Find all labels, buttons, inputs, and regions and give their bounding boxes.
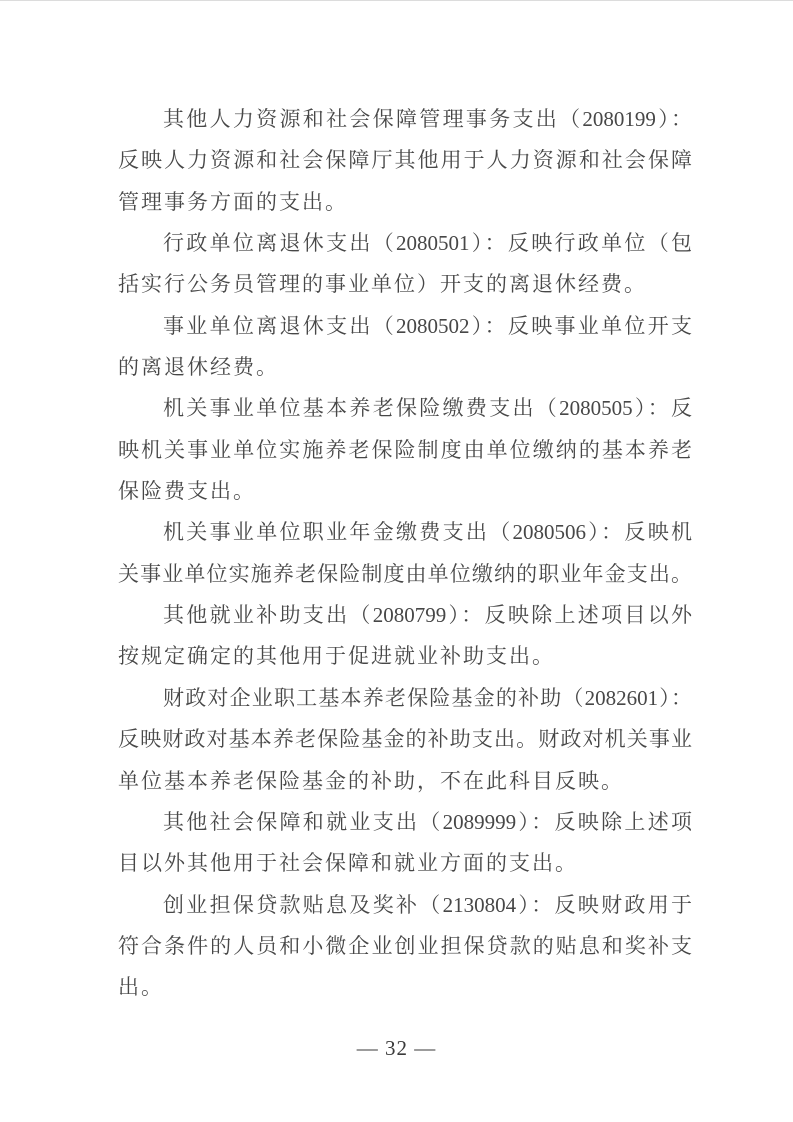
text-line: 其他人力资源和社会保障管理事务支出（2080199）： bbox=[118, 99, 692, 140]
text-line: 的离退休经费。 bbox=[118, 347, 692, 388]
document-body: 其他人力资源和社会保障管理事务支出（2080199）：反映人力资源和社会保障厅其… bbox=[118, 99, 692, 1009]
paragraph: 创业担保贷款贴息及奖补（2130804）：反映财政用于符合条件的人员和小微企业创… bbox=[118, 885, 692, 1009]
paragraph: 财政对企业职工基本养老保险基金的补助（2082601）：反映财政对基本养老保险基… bbox=[118, 678, 692, 802]
text-line: 创业担保贷款贴息及奖补（2130804）：反映财政用于 bbox=[118, 885, 692, 926]
text-line: 机关事业单位基本养老保险缴费支出（2080505）：反 bbox=[118, 388, 692, 429]
paragraph: 事业单位离退休支出（2080502）：反映事业单位开支的离退休经费。 bbox=[118, 306, 692, 389]
text-line: 反映财政对基本养老保险基金的补助支出。财政对机关事业 bbox=[118, 719, 692, 760]
text-line: 出。 bbox=[118, 967, 692, 1008]
paragraph: 其他人力资源和社会保障管理事务支出（2080199）：反映人力资源和社会保障厅其… bbox=[118, 99, 692, 223]
text-line: 保险费支出。 bbox=[118, 471, 692, 512]
text-line: 机关事业单位职业年金缴费支出（2080506）：反映机 bbox=[118, 512, 692, 553]
paragraph: 机关事业单位职业年金缴费支出（2080506）：反映机关事业单位实施养老保险制度… bbox=[118, 512, 692, 595]
text-line: 按规定确定的其他用于促进就业补助支出。 bbox=[118, 636, 692, 677]
text-line: 符合条件的人员和小微企业创业担保贷款的贴息和奖补支 bbox=[118, 926, 692, 967]
text-line: 其他就业补助支出（2080799）：反映除上述项目以外 bbox=[118, 595, 692, 636]
text-line: 单位基本养老保险基金的补助，不在此科目反映。 bbox=[118, 761, 692, 802]
paragraph: 机关事业单位基本养老保险缴费支出（2080505）：反映机关事业单位实施养老保险… bbox=[118, 388, 692, 512]
text-line: 目以外其他用于社会保障和就业方面的支出。 bbox=[118, 843, 692, 884]
document-page: 其他人力资源和社会保障管理事务支出（2080199）：反映人力资源和社会保障厅其… bbox=[0, 0, 793, 1122]
text-line: 括实行公务员管理的事业单位）开支的离退休经费。 bbox=[118, 264, 692, 305]
paragraph: 行政单位离退休支出（2080501）：反映行政单位（包括实行公务员管理的事业单位… bbox=[118, 223, 692, 306]
text-line: 事业单位离退休支出（2080502）：反映事业单位开支 bbox=[118, 306, 692, 347]
text-line: 反映人力资源和社会保障厅其他用于人力资源和社会保障 bbox=[118, 140, 692, 181]
page-number: — 32 — bbox=[0, 1033, 793, 1063]
text-line: 其他社会保障和就业支出（2089999）：反映除上述项 bbox=[118, 802, 692, 843]
text-line: 财政对企业职工基本养老保险基金的补助（2082601）： bbox=[118, 678, 692, 719]
text-line: 关事业单位实施养老保险制度由单位缴纳的职业年金支出。 bbox=[118, 554, 692, 595]
text-line: 行政单位离退休支出（2080501）：反映行政单位（包 bbox=[118, 223, 692, 264]
text-line: 映机关事业单位实施养老保险制度由单位缴纳的基本养老 bbox=[118, 430, 692, 471]
paragraph: 其他社会保障和就业支出（2089999）：反映除上述项目以外其他用于社会保障和就… bbox=[118, 802, 692, 885]
page-number-label: — 32 — bbox=[357, 1036, 437, 1060]
text-line: 管理事务方面的支出。 bbox=[118, 182, 692, 223]
paragraph: 其他就业补助支出（2080799）：反映除上述项目以外按规定确定的其他用于促进就… bbox=[118, 595, 692, 678]
